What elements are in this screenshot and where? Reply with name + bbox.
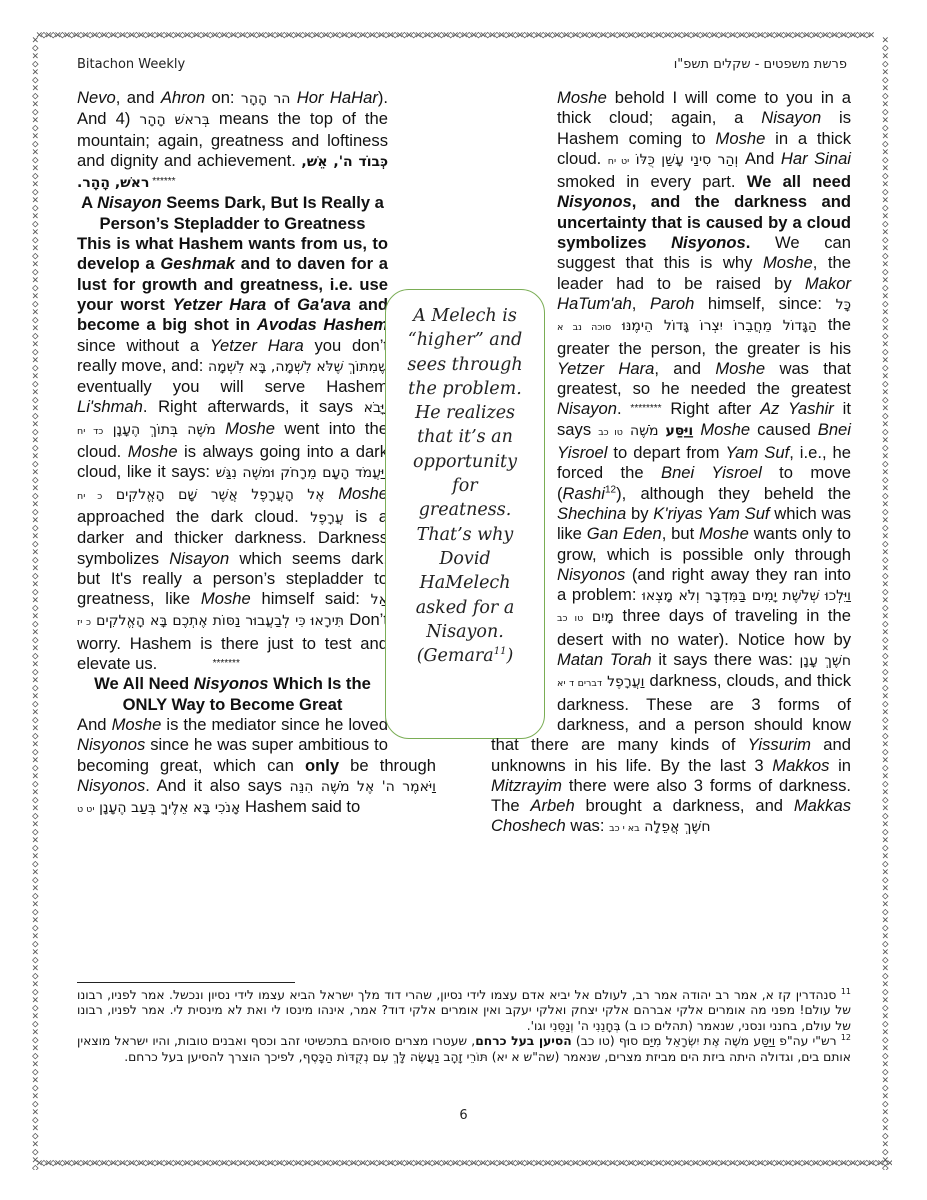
term: Nisyonos bbox=[671, 233, 746, 252]
source-citation: כד יח bbox=[77, 426, 103, 437]
text: be through bbox=[339, 756, 436, 775]
term: Moshe bbox=[112, 715, 162, 734]
term: Nisyonos bbox=[557, 192, 632, 211]
term: Yetzer Hara bbox=[210, 336, 304, 355]
term: Nisayon bbox=[169, 549, 229, 568]
term: Nisyonos bbox=[194, 674, 269, 693]
newsletter-title: Bitachon Weekly bbox=[77, 57, 185, 72]
page-number: 6 bbox=[0, 1108, 927, 1123]
term: Moshe bbox=[699, 524, 749, 543]
text: , bbox=[632, 294, 650, 313]
footnote-text: רש"י עה"פ וַיַּסַּע משֶׁה אֶת יִשְׂרָאֵל… bbox=[572, 1034, 841, 1048]
term: Yam Suf bbox=[725, 443, 789, 462]
text: Right after bbox=[662, 399, 761, 418]
term: Nisyonos bbox=[77, 735, 145, 754]
hebrew-quote: עֲרָפֶל bbox=[310, 510, 344, 526]
footnote-separator bbox=[77, 982, 295, 983]
source-citation: טו כב bbox=[598, 427, 623, 438]
term: Li'shmah bbox=[77, 397, 143, 416]
term: Nisayon bbox=[97, 193, 162, 212]
term: Matan Torah bbox=[557, 650, 652, 669]
term: Moshe bbox=[763, 253, 813, 272]
source-citation: יט ט bbox=[77, 804, 94, 815]
term: Gan Eden bbox=[587, 524, 662, 543]
right-column: Moshe behold I will come to you in a thi… bbox=[491, 88, 851, 840]
term: Bnei Yisroel bbox=[661, 463, 762, 482]
term: Mitzrayim bbox=[491, 776, 562, 795]
section-heading: We All Need Nisyonos Which Is the ONLY W… bbox=[77, 674, 436, 715]
text bbox=[325, 484, 339, 503]
footnote-emphasis: הסיען בעל כרחם bbox=[475, 1034, 572, 1048]
border-top: ✕◇✕◇✕◇✕◇✕◇✕◇✕◇✕◇✕◇✕◇✕◇✕◇✕◇✕◇✕◇✕◇✕◇✕◇✕◇✕◇… bbox=[36, 30, 892, 42]
footnote-11: 11 סנהדרין קז א, אמר רב יהודה אמר רב, לע… bbox=[77, 988, 851, 1034]
term: Moshe bbox=[201, 589, 251, 608]
source-citation: בא י כב bbox=[609, 823, 640, 834]
term: Rashi bbox=[563, 484, 605, 503]
term: Arbeh bbox=[530, 796, 574, 815]
term: K'riyas Yam Suf bbox=[653, 504, 769, 523]
term: Moshe bbox=[338, 484, 388, 503]
text: himself said: bbox=[251, 589, 371, 608]
parsha-title: פרשת משפטים - שקלים תשפ"ו bbox=[674, 57, 847, 72]
text: And bbox=[77, 715, 112, 734]
source-citation: טו כב bbox=[557, 613, 583, 624]
term: Paroh bbox=[650, 294, 694, 313]
footnote-12: 12 רש"י עה"פ וַיַּסַּע משֶׁה אֶת יִשְׂרָ… bbox=[77, 1034, 851, 1065]
text: was: bbox=[566, 816, 609, 835]
section-separator: ******** bbox=[630, 403, 661, 414]
text: , but bbox=[662, 524, 699, 543]
text: (Gemara bbox=[417, 646, 494, 666]
text: himself, since: bbox=[694, 294, 835, 313]
text: Hashem said to bbox=[240, 797, 360, 816]
border-left: ✕◇✕◇✕◇✕◇✕◇✕◇✕◇✕◇✕◇✕◇✕◇✕◇✕◇✕◇✕◇✕◇✕◇✕◇✕◇✕◇… bbox=[32, 36, 44, 1170]
section-separator: ******* bbox=[213, 658, 240, 669]
paragraph: This is what Hashem wants from us, to de… bbox=[77, 234, 436, 674]
emphasis: We all need bbox=[747, 172, 851, 191]
term: Ahron bbox=[161, 88, 205, 107]
text: it says there was: bbox=[652, 650, 800, 669]
term: Nisayon bbox=[557, 399, 617, 418]
emphasis: only bbox=[305, 756, 339, 775]
text: We All Need bbox=[94, 674, 194, 693]
term: Ga'ava bbox=[297, 295, 351, 314]
section-separator: ****** bbox=[149, 176, 175, 187]
term: Geshmak bbox=[160, 254, 235, 273]
footnotes: 11 סנהדרין קז א, אמר רב יהודה אמר רב, לע… bbox=[77, 988, 851, 1065]
term: Avodas Hashem bbox=[257, 315, 388, 334]
text: to depart from bbox=[607, 443, 725, 462]
text: caused bbox=[750, 420, 818, 439]
term: Nisayon bbox=[761, 108, 821, 127]
footnote-number: 11 bbox=[841, 987, 851, 996]
source-citation: יט יח bbox=[608, 156, 630, 167]
term: Shechina bbox=[557, 504, 626, 523]
text: , and bbox=[654, 359, 715, 378]
term: Yetzer Hara bbox=[557, 359, 654, 378]
term: Nevo bbox=[77, 88, 116, 107]
term: Hor HaHar bbox=[297, 88, 378, 107]
text: of bbox=[266, 295, 297, 314]
term: Har Sinai bbox=[781, 149, 851, 168]
term: Moshe bbox=[557, 88, 607, 107]
text: by bbox=[626, 504, 653, 523]
text: eventually you will serve Hashem bbox=[77, 377, 388, 396]
term: Moshe bbox=[715, 359, 765, 378]
border-bottom: ✕◇✕◇✕◇✕◇✕◇✕◇✕◇✕◇✕◇✕◇✕◇✕◇✕◇✕◇✕◇✕◇✕◇✕◇✕◇✕◇… bbox=[36, 1158, 892, 1170]
text: in bbox=[829, 756, 851, 775]
term: Moshe bbox=[700, 420, 750, 439]
text: And bbox=[738, 149, 781, 168]
source-citation: סוכה נב א bbox=[557, 322, 611, 333]
source-citation: כ יז bbox=[77, 617, 91, 628]
term: Makkos bbox=[772, 756, 829, 775]
text: approached the dark cloud. bbox=[77, 507, 310, 526]
border-right: ✕◇✕◇✕◇✕◇✕◇✕◇✕◇✕◇✕◇✕◇✕◇✕◇✕◇✕◇✕◇✕◇✕◇✕◇✕◇✕◇… bbox=[882, 36, 894, 1170]
text: smoked in every part. bbox=[557, 172, 747, 191]
hebrew-quote: בְּראשׁ הָהָר bbox=[139, 112, 209, 128]
text: is the mediator since he loved bbox=[161, 715, 388, 734]
hebrew-quote: וַיַּסַּע bbox=[665, 423, 693, 439]
left-column: Nevo, and Ahron on: הר הָהָר Hor HaHar).… bbox=[77, 88, 436, 820]
text: ), although they beheld the bbox=[616, 484, 851, 503]
text: . And it also says bbox=[145, 776, 289, 795]
paragraph: Nevo, and Ahron on: הר הָהָר Hor HaHar).… bbox=[77, 88, 436, 193]
text: on: bbox=[205, 88, 241, 107]
term: Az Yashir bbox=[760, 399, 834, 418]
text: since without a bbox=[77, 336, 210, 355]
term: Nisyonos bbox=[557, 565, 625, 584]
text: brought a darkness, and bbox=[575, 796, 794, 815]
term: Moshe bbox=[128, 442, 178, 461]
term: Yetzer Hara bbox=[172, 295, 266, 314]
text: A bbox=[81, 193, 97, 212]
hebrew-quote: הר הָהָר bbox=[241, 91, 290, 107]
text bbox=[216, 419, 225, 438]
text: . Right afterwards, it says bbox=[143, 397, 364, 416]
paragraph: And Moshe is the mediator since he loved… bbox=[77, 715, 436, 820]
text: , and bbox=[116, 88, 161, 107]
term: Nisyonos bbox=[77, 776, 145, 795]
term: Yissurim bbox=[748, 735, 811, 754]
section-heading: A Nisayon Seems Dark, But Is Really a Pe… bbox=[77, 193, 436, 234]
footnote-number: 12 bbox=[841, 1033, 851, 1042]
source-citation: דברים ד יא bbox=[557, 678, 602, 689]
term: Moshe bbox=[225, 419, 275, 438]
hebrew-quote: חשֶׁךְ אֲפֵלָה bbox=[644, 819, 710, 835]
hebrew-quote: וְהַר סִינַי עָשַׁן כֻּלּוֹ bbox=[636, 152, 739, 168]
callout-wrap-spacer bbox=[491, 290, 557, 730]
hebrew-quote: מֹשֶׁה bbox=[630, 423, 665, 439]
footnote-ref[interactable]: 12 bbox=[605, 484, 616, 495]
text: . bbox=[617, 399, 630, 418]
source-citation: כ יח bbox=[77, 491, 102, 502]
footnote-text: סנהדרין קז א, אמר רב יהודה אמר רב, לעולם… bbox=[77, 988, 851, 1033]
hebrew-quote: שֶׁמִתּוֹךְ שֶׁלֹּא לִשְׁמָה, בָּא לִשְׁ… bbox=[208, 359, 388, 375]
term: Moshe bbox=[716, 129, 766, 148]
